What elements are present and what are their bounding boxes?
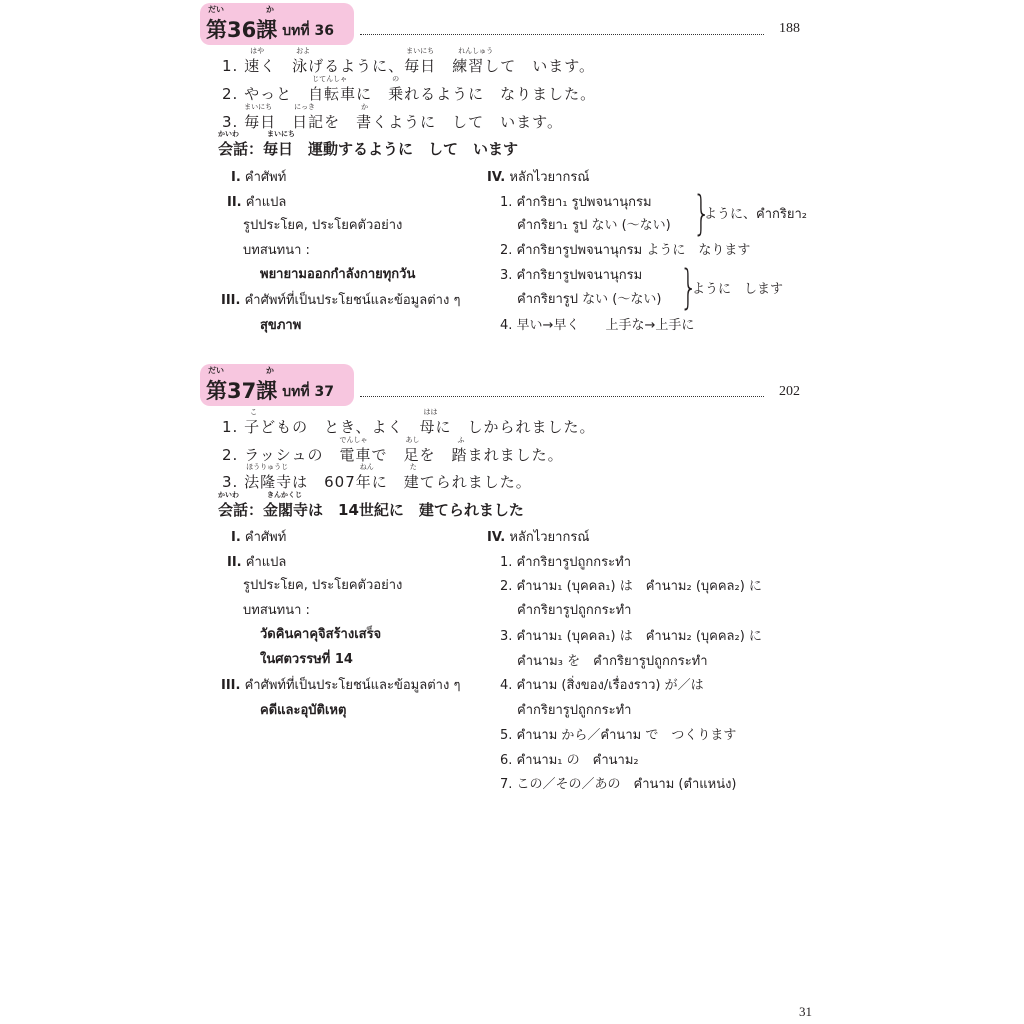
lesson-title-jp: 第37課 <box>206 380 277 402</box>
ruby-dai: だい <box>208 6 224 14</box>
grammar-item-3: 3. คำกริยารูปพจนานุกรม <box>500 268 642 284</box>
outline-subitem-sentences: รูปประโยค, ประโยคตัวอย่าง <box>243 578 402 594</box>
outline-item-useful-info: III. คำศัพท์ที่เป็นประโยชน์และข้อมูลต่าง… <box>221 293 460 309</box>
ruby-ka: か <box>266 367 274 375</box>
page-number: 31 <box>799 1004 812 1020</box>
grammar-item-7: 7. この／その／あの คำนาม (ตำแหน่ง) <box>500 777 737 793</box>
conversation-title: かいわ会話：きんかくじ金閣寺は 14世紀に 建てられました <box>218 501 524 519</box>
lesson-title-th: บทที่ 36 <box>282 21 334 41</box>
outline-subitem-conversation: บทสนทนา : <box>243 603 310 619</box>
example-sentence-3: 3. ほうりゅうじ法隆寺は 607ねん年に た建てられました。 <box>222 473 532 491</box>
lesson-title-th: บทที่ 37 <box>282 382 334 402</box>
example-sentence-1: 1. はや速く およ泳げるように、まいにち毎日 れんしゅう練習して います。 <box>222 57 595 75</box>
grammar-item-1: 1. คำกริยารูปถูกกระทำ <box>500 555 631 571</box>
outline-item-translation: II. คำแปล <box>227 195 286 211</box>
grammar-item-4: 4. 早い→早く 上手な→上手に <box>500 318 694 334</box>
example-sentence-2: 2. やっと じてんしゃ自転車に の乗れるように なりました。 <box>222 85 596 103</box>
conversation-thai-title-2: ในศตวรรษที่ 14 <box>260 652 353 668</box>
example-sentence-2: 2. ラッシュの でんしゃ電車で あし足を ふ踏まれました。 <box>222 446 564 464</box>
outline-item-translation: II. คำแปล <box>227 555 286 571</box>
leader-dots <box>360 34 764 35</box>
lesson-37-header-badge: だい か 第37課 บทที่ 37 <box>200 364 354 406</box>
conversation-thai-title: วัดคินคาคุจิสร้างเสร็จ <box>260 627 381 643</box>
grammar-item-1-result: ように、คำกริยา₂ <box>704 207 807 223</box>
grammar-item-4-line2: คำกริยารูปถูกกระทำ <box>517 703 631 719</box>
conversation-title: かいわ会話：まいにち毎日 運動するように して います <box>218 140 518 158</box>
page-reference: 188 <box>779 21 800 37</box>
leader-dots <box>360 396 764 397</box>
grammar-heading: IV. หลักไวยากรณ์ <box>487 170 589 186</box>
outline-subitem-sentences: รูปประโยค, ประโยคตัวอย่าง <box>243 218 402 234</box>
ruby-word: はや速 <box>244 57 260 75</box>
ruby-ka: か <box>266 6 274 14</box>
conversation-thai-title: พยายามออกกำลังกายทุกวัน <box>260 267 415 283</box>
useful-info-topic: คดีและอุบัติเหตุ <box>260 703 346 719</box>
grammar-item-3-result: ように します <box>692 282 783 298</box>
grammar-item-5: 5. คำนาม から／คำนาม で つくります <box>500 728 736 744</box>
example-sentence-1: 1. こ子どもの とき、よく はは母に しかられました。 <box>222 418 596 436</box>
grammar-item-2: 2. คำนาม₁ (บุคคล₁) は คำนาม₂ (บุคคล₂) に <box>500 579 762 595</box>
grammar-item-4: 4. คำนาม (สิ่งของ/เรื่องราว) が／は <box>500 678 704 694</box>
page-reference: 202 <box>779 384 800 400</box>
outline-subitem-conversation: บทสนทนา : <box>243 243 310 259</box>
ruby-dai: だい <box>208 367 224 375</box>
grammar-item-3: 3. คำนาม₁ (บุคคล₁) は คำนาม₂ (บุคคล₂) に <box>500 629 762 645</box>
outline-item-vocab: I. คำศัพท์ <box>231 530 286 546</box>
grammar-item-6: 6. คำนาม₁ の คำนาม₂ <box>500 753 639 769</box>
lesson-36-header-badge: だい か 第36課 บทที่ 36 <box>200 3 354 45</box>
grammar-item-1-line2: คำกริยา₁ รูป ない (～ない) <box>517 218 671 234</box>
grammar-item-2: 2. คำกริยารูปพจนานุกรม ように なります <box>500 243 750 259</box>
outline-item-vocab: I. คำศัพท์ <box>231 170 286 186</box>
outline-item-useful-info: III. คำศัพท์ที่เป็นประโยชน์และข้อมูลต่าง… <box>221 678 460 694</box>
useful-info-topic: สุขภาพ <box>260 318 301 334</box>
lesson-title-jp: 第36課 <box>206 19 277 41</box>
grammar-item-2-line2: คำกริยารูปถูกกระทำ <box>517 603 631 619</box>
grammar-item-3-line2: คำนาม₃ を คำกริยารูปถูกกระทำ <box>517 654 708 670</box>
grammar-heading: IV. หลักไวยากรณ์ <box>487 530 589 546</box>
grammar-item-3-line2: คำกริยารูป ない (～ない) <box>517 292 661 308</box>
grammar-item-1: 1. คำกริยา₁ รูปพจนานุกรม <box>500 195 652 211</box>
example-sentence-3: 3. まいにち毎日 にっき日記を か書くように して います。 <box>222 113 563 131</box>
